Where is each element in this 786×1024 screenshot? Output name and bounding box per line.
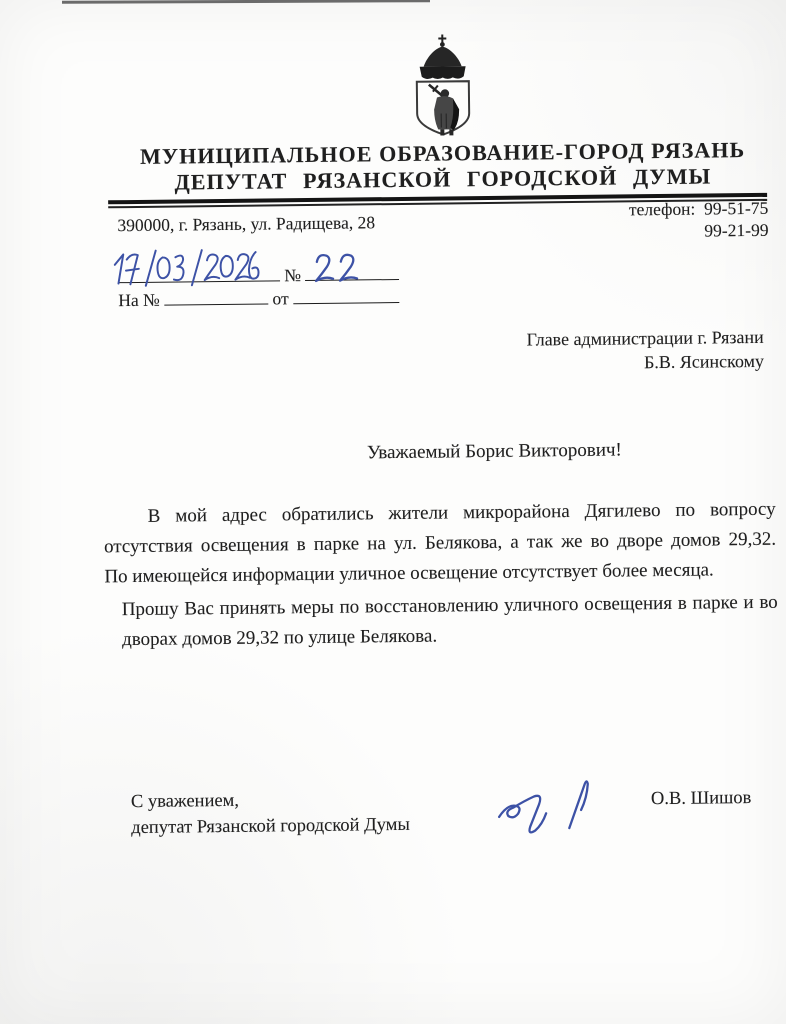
body-paragraph-1: В мой адрес обратились жители микрорайон… <box>104 495 777 593</box>
body-paragraph-2: Прошу Вас принять меры по восстановлению… <box>122 588 779 655</box>
reply-from-label: от <box>272 288 288 308</box>
signer-name: О.В. Шишов <box>651 788 752 810</box>
phone-number-2: 99-21-99 <box>629 219 769 243</box>
letter-content: МУНИЦИПАЛЬНОЕ ОБРАЗОВАНИЕ-ГОРОД РЯЗАНЬ Д… <box>0 0 786 1024</box>
paragraph-line: дворах домов 29,32 по улице Белякова. <box>122 618 778 655</box>
closing-line-1: С уважением, <box>131 786 410 815</box>
emblem-cap <box>423 46 461 66</box>
emblem-cross-icon <box>438 34 446 42</box>
phone-line-1: телефон: 99-51-75 <box>629 197 769 221</box>
handwritten-number <box>309 248 367 287</box>
org-address: 390000, г. Рязань, ул. Радищева, 28 <box>117 212 375 236</box>
recipient-line-1: Главе администрации г. Рязани <box>526 326 763 352</box>
handwritten-signature <box>493 774 622 841</box>
paragraph-line: По имеющейся информации уличное освещени… <box>104 555 776 593</box>
recipient-line-2: Б.В. Ясинскому <box>527 349 764 375</box>
recipient-block: Главе администрации г. Рязани Б.В. Ясинс… <box>526 326 764 376</box>
closing-line-2: депутат Рязанской городской Думы <box>131 812 410 841</box>
salutation: Уважаемый Борис Викторович! <box>367 439 622 464</box>
handwritten-date <box>109 242 262 294</box>
phone-number-1: 99-51-75 <box>704 198 768 219</box>
closing-block: С уважением, депутат Рязанской городской… <box>131 786 410 841</box>
emblem-orb <box>440 42 445 47</box>
org-phones: телефон: 99-51-75 99-21-99 <box>629 197 769 243</box>
ryazan-coat-of-arms-icon <box>408 33 477 138</box>
number-label: № <box>284 265 301 285</box>
emblem-cap-band <box>420 66 466 79</box>
paper-background: МУНИЦИПАЛЬНОЕ ОБРАЗОВАНИЕ-ГОРОД РЯЗАНЬ Д… <box>0 0 786 1024</box>
scanned-letter-page: { "letterhead": { "org_line1": "МУНИЦИПА… <box>0 0 786 1024</box>
